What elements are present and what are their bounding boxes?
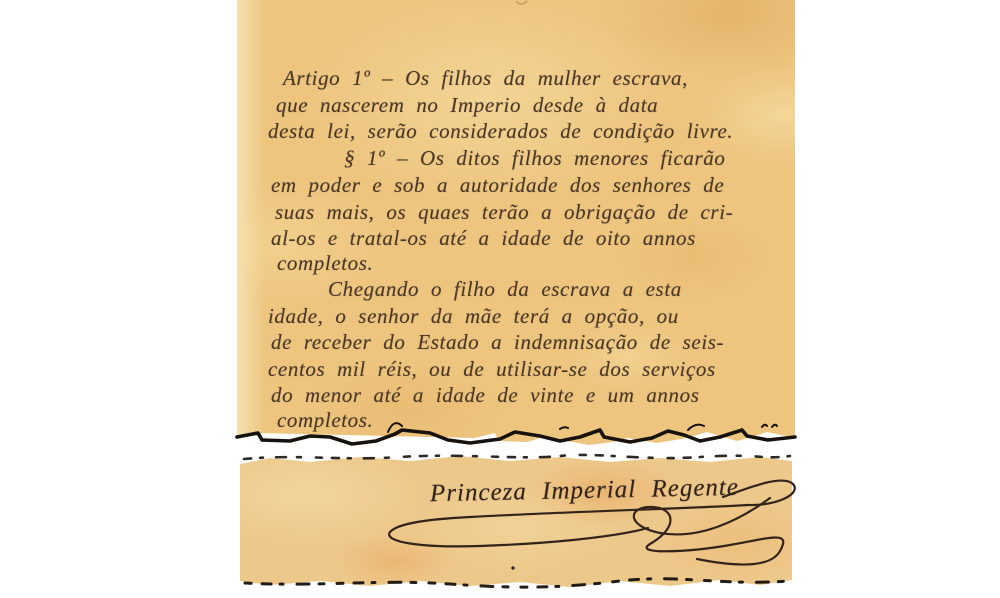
manuscript-line: Chegando o filho da escrava a esta [328, 277, 682, 302]
manuscript-line: centos mil réis, ou de utilisar-se dos s… [268, 357, 716, 382]
strip-top-specks [244, 455, 790, 459]
manuscript-line: § 1º – Os ditos filhos menores ficarão [344, 146, 725, 171]
manuscript-line: desta lei, serão considerados de condiçã… [268, 119, 733, 144]
manuscript-line: em poder e sob a autoridade dos senhores… [271, 173, 724, 198]
manuscript-line: al-os e tratal-os até a idade de oito an… [271, 226, 696, 251]
manuscript-line: do menor até a idade de vinte e um annos [271, 383, 700, 408]
manuscript-line: de receber do Estado a indemnisação de s… [271, 330, 724, 355]
manuscript-line: que nascerem no Imperio desde à data [276, 93, 658, 118]
manuscript-line: idade, o senhor da mãe terá a opção, ou [268, 304, 679, 329]
manuscript-line: completos. [277, 408, 373, 433]
manuscript-line: Artigo 1º – Os filhos da mulher escrava, [283, 66, 688, 91]
scanned-document: Artigo 1º – Os filhos da mulher escrava,… [0, 0, 1000, 598]
manuscript-line: completos. [277, 251, 373, 276]
manuscript-line: suas mais, os quaes terão a obrigação de… [275, 200, 733, 225]
